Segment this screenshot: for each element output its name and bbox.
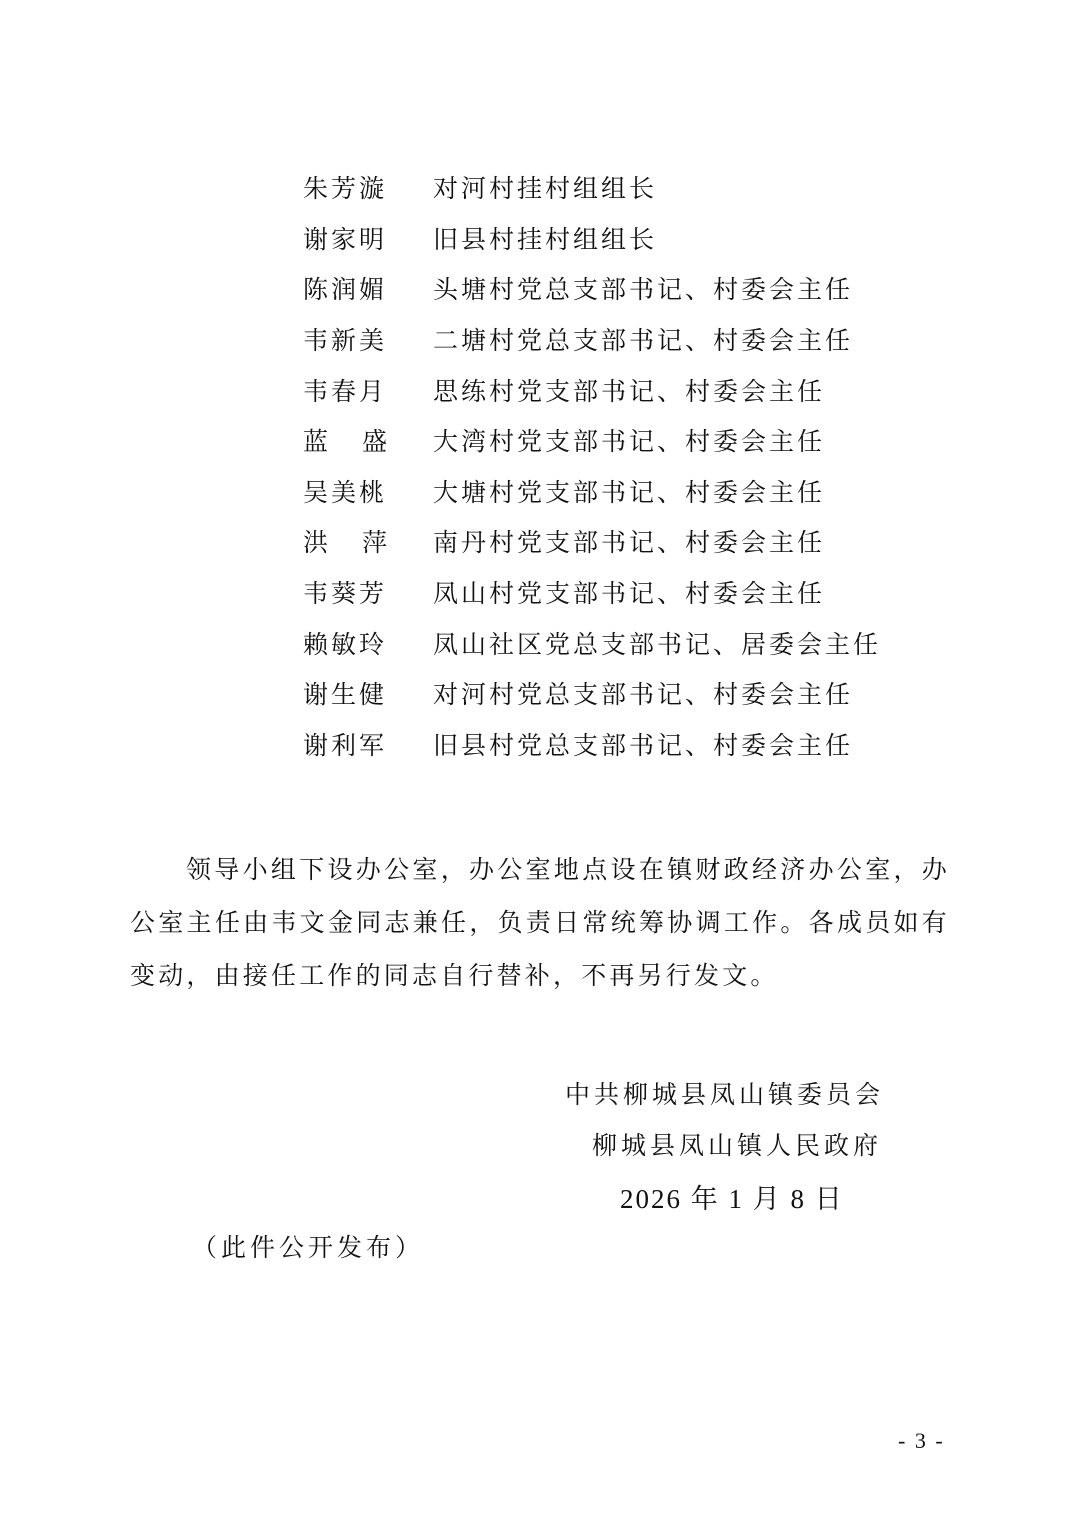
member-role: 大塘村党支部书记、村委会主任 [433, 473, 825, 509]
member-name-char: 盛 [362, 422, 387, 458]
member-row: 赖敏玲 凤山社区党总支部书记、居委会主任 [303, 617, 881, 668]
signature-date: 2026 年 1 月 8 日 [620, 1177, 844, 1216]
member-role: 思练村党支部书记、村委会主任 [433, 372, 825, 408]
member-row: 谢生健 对河村党总支部书记、村委会主任 [303, 668, 881, 719]
member-name: 朱芳漩 [303, 169, 433, 205]
member-role: 旧县村党总支部书记、村委会主任 [433, 726, 853, 762]
member-name: 赖敏玲 [303, 625, 433, 661]
member-role: 头塘村党总支部书记、村委会主任 [433, 270, 853, 306]
page-number: - 3 - [898, 1428, 945, 1454]
signature-government: 柳城县凤山镇人民政府 [592, 1126, 882, 1162]
member-name: 谢家明 [303, 220, 433, 256]
member-name: 蓝 盛 [303, 422, 387, 458]
member-role: 凤山村党支部书记、村委会主任 [433, 574, 825, 610]
member-name: 韦春月 [303, 372, 433, 408]
member-row: 吴美桃 大塘村党支部书记、村委会主任 [303, 466, 881, 517]
member-name: 谢生健 [303, 675, 433, 711]
member-row: 洪 萍 南丹村党支部书记、村委会主任 [303, 516, 881, 567]
member-name-char: 蓝 [303, 422, 328, 458]
member-row: 谢利军 旧县村党总支部书记、村委会主任 [303, 719, 881, 770]
member-row: 谢家明 旧县村挂村组组长 [303, 213, 881, 264]
member-row: 朱芳漩 对河村挂村组组长 [303, 162, 881, 213]
member-role: 对河村党总支部书记、村委会主任 [433, 675, 853, 711]
publication-note: （此件公开发布） [192, 1228, 424, 1264]
member-name: 吴美桃 [303, 473, 433, 509]
member-role: 凤山社区党总支部书记、居委会主任 [433, 625, 881, 661]
member-role: 对河村挂村组组长 [433, 169, 657, 205]
member-row: 韦新美 二塘村党总支部书记、村委会主任 [303, 314, 881, 365]
member-name-char: 洪 [303, 523, 328, 559]
member-row: 陈润媚 头塘村党总支部书记、村委会主任 [303, 263, 881, 314]
member-role: 南丹村党支部书记、村委会主任 [433, 523, 825, 559]
signature-party-committee: 中共柳城县凤山镇委员会 [565, 1075, 884, 1111]
member-row: 韦春月 思练村党支部书记、村委会主任 [303, 364, 881, 415]
office-paragraph: 领导小组下设办公室，办公室地点设在镇财政经济办公室，办公室主任由韦文金同志兼任，… [130, 843, 950, 1002]
member-name: 韦葵芳 [303, 574, 433, 610]
member-name: 陈润媚 [303, 270, 433, 306]
member-role: 大湾村党支部书记、村委会主任 [433, 422, 825, 458]
member-list: 朱芳漩 对河村挂村组组长 谢家明 旧县村挂村组组长 陈润媚 头塘村党总支部书记、… [303, 162, 881, 769]
member-role: 二塘村党总支部书记、村委会主任 [433, 321, 853, 357]
member-name: 谢利军 [303, 726, 433, 762]
member-role: 旧县村挂村组组长 [433, 220, 657, 256]
member-name: 洪 萍 [303, 523, 387, 559]
member-row: 韦葵芳 凤山村党支部书记、村委会主任 [303, 567, 881, 618]
member-name: 韦新美 [303, 321, 433, 357]
member-name-char: 萍 [362, 523, 387, 559]
member-row: 蓝 盛 大湾村党支部书记、村委会主任 [303, 415, 881, 466]
